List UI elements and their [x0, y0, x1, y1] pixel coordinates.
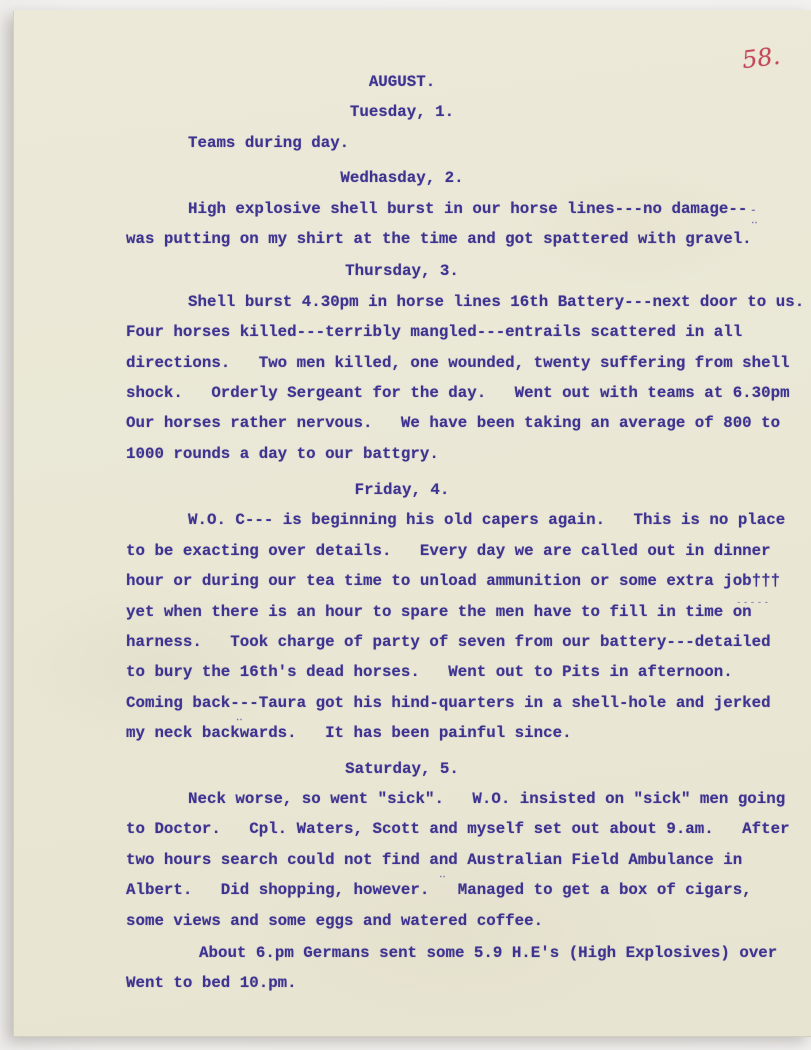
doc-line: Neck worse, so went "sick". W.O. insiste… [126, 784, 811, 814]
doc-line: Coming back---Taura got his hind-quarter… [126, 688, 811, 718]
doc-line: Our horses rather nervous. We have been … [126, 408, 811, 438]
month-heading: AUGUST. [126, 67, 678, 97]
day-heading: Thursday, 3. [126, 256, 678, 286]
doc-line: About 6.pm Germans sent some 5.9 H.E's (… [126, 938, 811, 968]
doc-line: shock. Orderly Sergeant for the day. Wen… [126, 378, 811, 408]
doc-line: two hours search could not find and Aust… [126, 845, 811, 875]
doc-line: directions. Two men killed, one wounded,… [126, 348, 811, 378]
doc-line: harness. Took charge of party of seven f… [126, 627, 811, 657]
doc-line: to be exacting over details. Every day w… [126, 536, 811, 566]
scanned-diary-page: 58. - ‥ ----- ‥ ‥ AUGUST. Tuesday, 1. Te… [0, 0, 811, 1050]
doc-line: Albert. Did shopping, however. Managed t… [126, 875, 811, 905]
doc-line: 1000 rounds a day to our battgry. [126, 439, 811, 469]
doc-line: Four horses killed---terribly mangled---… [126, 317, 811, 347]
day-heading: Wedhasday, 2. [126, 163, 678, 193]
doc-line: to bury the 16th's dead horses. Went out… [126, 657, 811, 687]
doc-line: High explosive shell burst in our horse … [126, 194, 811, 224]
doc-line: was putting on my shirt at the time and … [126, 224, 811, 254]
paper-sheet: 58. - ‥ ----- ‥ ‥ AUGUST. Tuesday, 1. Te… [14, 10, 811, 1036]
doc-line: W.O. C--- is beginning his old capers ag… [126, 505, 811, 535]
typewritten-text: AUGUST. Tuesday, 1. Teams during day. We… [126, 67, 811, 999]
doc-line: Went to bed 10.pm. [126, 968, 811, 998]
day-heading: Tuesday, 1. [126, 97, 678, 127]
day-heading: Friday, 4. [126, 475, 678, 505]
doc-line: yet when there is an hour to spare the m… [126, 597, 811, 627]
doc-line: my neck backwards. It has been painful s… [126, 718, 811, 748]
doc-line: Teams during day. [126, 128, 811, 158]
doc-line: to Doctor. Cpl. Waters, Scott and myself… [126, 814, 811, 844]
day-heading: Saturday, 5. [126, 754, 678, 784]
doc-line: some views and some eggs and watered cof… [126, 906, 811, 936]
doc-line: Shell burst 4.30pm in horse lines 16th B… [126, 287, 811, 317]
doc-line: hour or during our tea time to unload am… [126, 566, 811, 596]
